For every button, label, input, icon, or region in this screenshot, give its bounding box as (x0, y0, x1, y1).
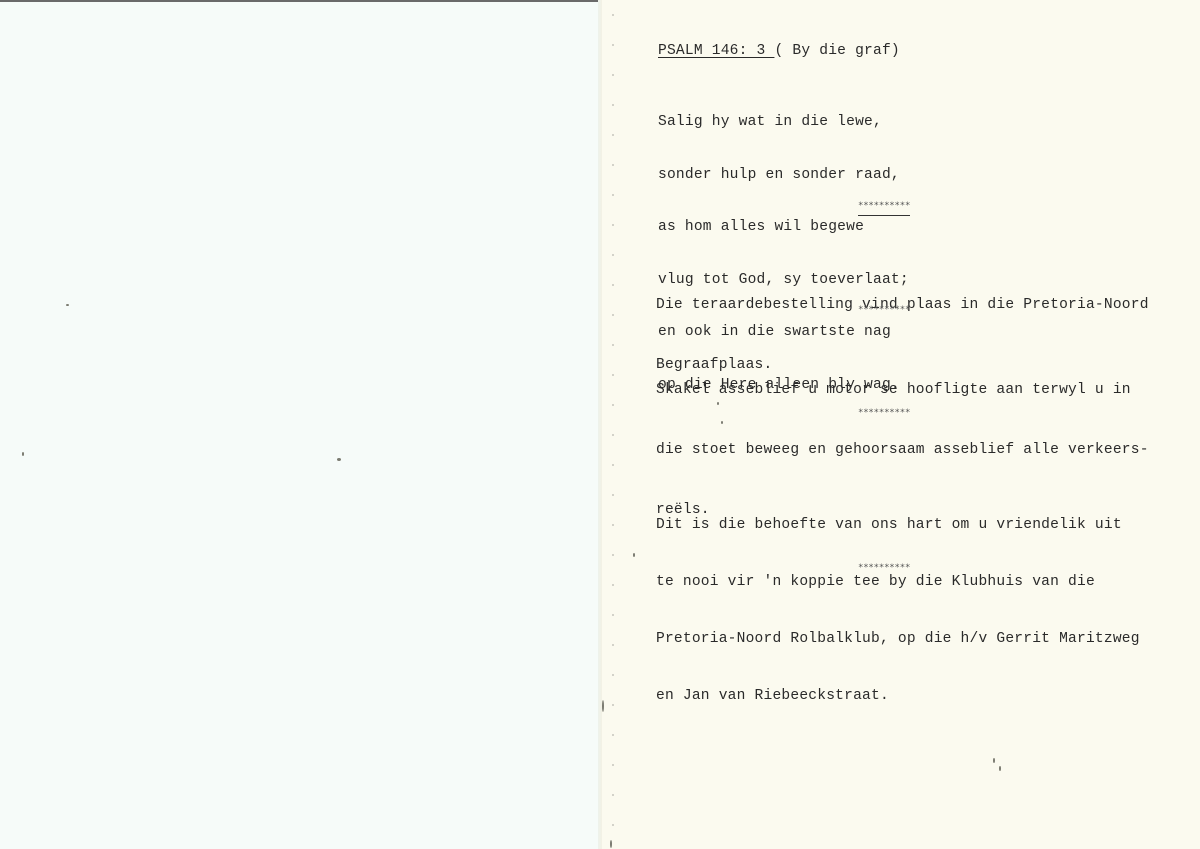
paragraph-line: Dit is die behoefte van ons hart om u vr… (656, 516, 1140, 535)
paragraph-line: en Jan van Riebeeckstraat. (656, 687, 1140, 706)
scan-speck (999, 766, 1001, 771)
asterisk-separator: ********** (858, 408, 910, 418)
asterisk-separator: ********** (858, 563, 910, 573)
paragraph-line: Pretoria-Noord Rolbalklub, op die h/v Ge… (656, 630, 1140, 649)
verse-line: Salig hy wat in die lewe, (658, 114, 909, 132)
paragraph-line: te nooi vir 'n koppie tee by die Klubhui… (656, 573, 1140, 592)
scan-speck (22, 452, 24, 456)
scan-speck (66, 304, 69, 306)
scan-top-edge (0, 0, 600, 2)
scan-speck (602, 700, 604, 712)
scan-speck (633, 553, 635, 557)
scan-speck (610, 840, 612, 848)
asterisk-separator: ********** (858, 201, 910, 216)
left-page-blank (0, 2, 600, 849)
binding-perforation (612, 0, 614, 849)
tea-invitation-paragraph: Dit is die behoefte van ons hart om u vr… (656, 478, 1140, 744)
paragraph-line: die stoet beweeg en gehoorsaam asseblief… (656, 440, 1149, 460)
paragraph-line: Skakel asseblief u motor se hoofligte aa… (656, 380, 1149, 400)
page-fold (598, 0, 602, 849)
document-spread: PSALM 146: 3 ( By die graf) Salig hy wat… (0, 0, 1200, 849)
scan-speck (993, 758, 995, 763)
psalm-title: PSALM 146: 3 (658, 43, 774, 59)
psalm-heading: PSALM 146: 3 ( By die graf) (658, 43, 900, 61)
psalm-subtitle: ( By die graf) (774, 43, 899, 59)
verse-line: as hom alles wil begewe (658, 219, 909, 237)
scan-speck (337, 458, 341, 461)
asterisk-separator: ********** (858, 305, 910, 315)
verse-line: sonder hulp en sonder raad, (658, 167, 909, 185)
